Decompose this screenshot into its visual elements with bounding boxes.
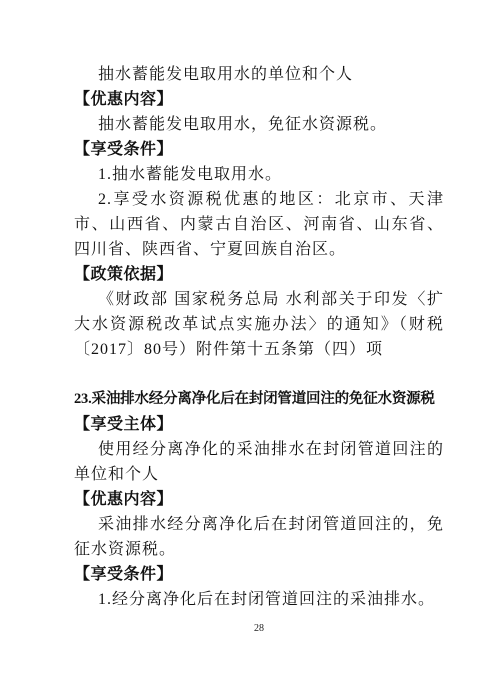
- eligible-entity-text-23: 使用经分离净化的采油排水在封闭管道回注的单位和个人: [74, 437, 444, 487]
- conditions-header-23: 【享受条件】: [74, 562, 444, 587]
- benefit-content-header-23: 【优惠内容】: [74, 487, 444, 512]
- benefit-content-text-23: 采油排水经分离净化后在封闭管道回注的，免征水资源税。: [74, 512, 444, 562]
- page-number: 28: [74, 622, 444, 636]
- section-break-spacer: [74, 362, 444, 387]
- eligible-entity-text: 抽水蓄能发电取用水的单位和个人: [74, 62, 444, 87]
- document-page: 抽水蓄能发电取用水的单位和个人 【优惠内容】 抽水蓄能发电取用水，免征水资源税。…: [0, 0, 480, 678]
- policy-basis-text: 《财政部 国家税务总局 水利部关于印发〈扩大水资源税改革试点实施办法〉的通知》（…: [74, 287, 444, 362]
- page-content: 抽水蓄能发电取用水的单位和个人 【优惠内容】 抽水蓄能发电取用水，免征水资源税。…: [74, 62, 444, 612]
- eligible-entity-header-23: 【享受主体】: [74, 412, 444, 437]
- benefit-content-text: 抽水蓄能发电取用水，免征水资源税。: [74, 112, 444, 137]
- condition-item-2: 2.享受水资源税优惠的地区：北京市、天津市、山西省、内蒙古自治区、河南省、山东省…: [74, 187, 444, 262]
- condition-item-1: 1.抽水蓄能发电取用水。: [74, 162, 444, 187]
- condition-item-1-23: 1.经分离净化后在封闭管道回注的采油排水。: [74, 587, 444, 612]
- section-23-title: 23.采油排水经分离净化后在封闭管道回注的免征水资源税: [74, 387, 444, 412]
- benefit-content-header: 【优惠内容】: [74, 87, 444, 112]
- policy-basis-header: 【政策依据】: [74, 262, 444, 287]
- conditions-header: 【享受条件】: [74, 137, 444, 162]
